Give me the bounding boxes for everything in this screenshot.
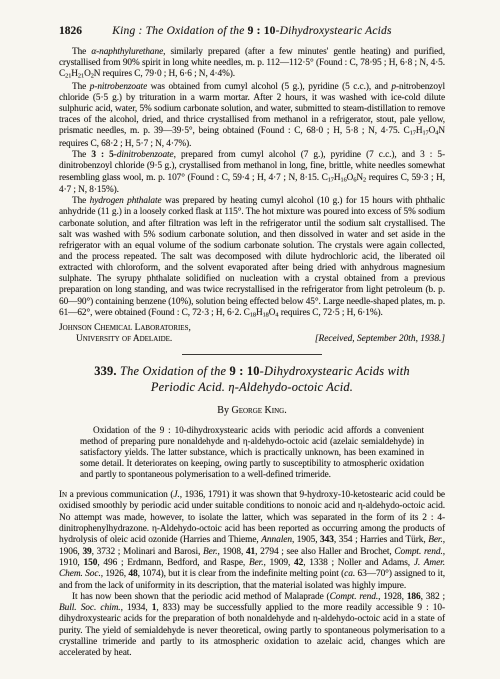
running-head: 1826 King : The Oxidation of the 9 : 10-… [59, 25, 445, 38]
received-date: [Received, September 20th, 1938.] [315, 334, 445, 345]
journal-page: 1826 King : The Oxidation of the 9 : 10-… [0, 0, 500, 660]
article-title-line-2: Periodic Acid. η-Aldehydo-octoic Acid. [59, 380, 445, 396]
abstract: Oxidation of the 9 : 10-dihydroxystearic… [80, 425, 424, 480]
byline: By George King. [59, 405, 445, 416]
body-paragraph-1: In a previous communication (J., 1936, 1… [59, 490, 445, 592]
experimental-paragraph-nitrobenzoate: The p-nitrobenzoate was obtained from cu… [59, 82, 445, 150]
article-body: In a previous communication (J., 1936, 1… [59, 490, 445, 659]
body-paragraph-2: It has now been shown that the periodic … [59, 592, 445, 660]
running-title: King : The Oxidation of the 9 : 10-Dihyd… [59, 25, 445, 38]
experimental-paragraph-naphthylurethane: The α-naphthylurethane, similarly prepar… [59, 47, 445, 82]
signature-block: Johnson Chemical Laboratories, Universit… [59, 323, 445, 345]
article-title-line-1: 339. The Oxidation of the 9 : 10-Dihydro… [59, 364, 445, 380]
experimental-section: The α-naphthylurethane, similarly prepar… [59, 47, 445, 320]
article-title: 339. The Oxidation of the 9 : 10-Dihydro… [59, 364, 445, 396]
experimental-paragraph-hydrogen-phthalate: The hydrogen phthalate was prepared by h… [59, 196, 445, 320]
institution: Johnson Chemical Laboratories, Universit… [59, 323, 191, 345]
institution-location: University of Adelaide. [59, 334, 191, 345]
institution-name: Johnson Chemical Laboratories, [59, 323, 191, 334]
section-divider-rule [182, 354, 322, 355]
page-number: 1826 [59, 25, 82, 38]
experimental-paragraph-dinitrobenzoate: The 3 : 5-dinitrobenzoate, prepared from… [59, 150, 445, 196]
